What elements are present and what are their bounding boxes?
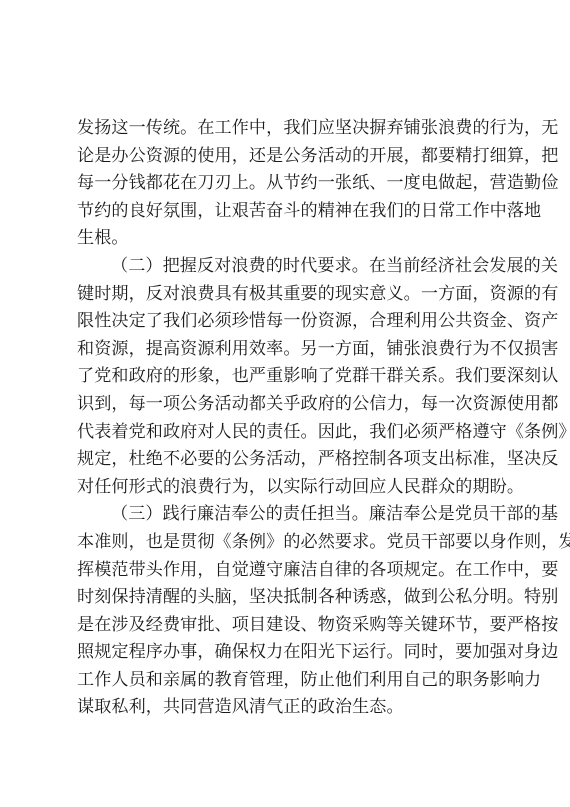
text-line: 识到，每一项公务活动都关乎政府的公信力，每一次资源使用都 [77,391,489,419]
text-line: 了党和政府的形象，也严重影响了党群干群关系。我们要深刻认 [77,363,489,391]
text-line: 和资源，提高资源利用效率。另一方面，铺张浪费行为不仅损害 [77,336,489,364]
text-line: 键时期，反对浪费具有极其重要的现实意义。一方面，资源的有 [77,281,489,309]
text-line: 限性决定了我们必须珍惜每一份资源，合理利用公共资金、资产 [77,308,489,336]
text-line: 节约的良好氛围，让艰苦奋斗的精神在我们的日常工作中落地 [77,198,489,226]
text-line: 本准则，也是贯彻《条例》的必然要求。党员干部要以身作则，发 [77,529,489,557]
text-line: 时刻保持清醒的头脑，坚决抵制各种诱惑，做到公私分明。特别 [77,584,489,612]
text-line: 是在涉及经费审批、项目建设、物资采购等关键环节，要严格按 [77,612,489,640]
text-line: 论是办公资源的使用，还是公务活动的开展，都要精打细算，把 [77,143,489,171]
text-line: 谋取私利，共同营造风清气正的政治生态。 [77,694,489,722]
text-line: 每一分钱都花在刀刃上。从节约一张纸、一度电做起，营造勤俭 [77,170,489,198]
section-heading-line: （三）践行廉洁奉公的责任担当。廉洁奉公是党员干部的基 [77,501,489,529]
text-line: 对任何形式的浪费行为，以实际行动回应人民群众的期盼。 [77,474,489,502]
text-line: 生根。 [77,225,489,253]
text-line: 照规定程序办事，确保权力在阳光下运行。同时，要加强对身边 [77,639,489,667]
section-heading-line: （二）把握反对浪费的时代要求。在当前经济社会发展的关 [77,253,489,281]
text-line: 规定，杜绝不必要的公务活动，严格控制各项支出标准，坚决反 [77,446,489,474]
text-line: 发扬这一传统。在工作中，我们应坚决摒弃铺张浪费的行为，无 [77,115,489,143]
text-line: 代表着党和政府对人民的责任。因此，我们必须严格遵守《条例》 [77,419,489,447]
text-line: 挥模范带头作用，自觉遵守廉洁自律的各项规定。在工作中，要 [77,557,489,585]
document-body: 发扬这一传统。在工作中，我们应坚决摒弃铺张浪费的行为，无 论是办公资源的使用，还… [77,115,489,722]
text-line: 工作人员和亲属的教育管理，防止他们利用自己的职务影响力 [77,667,489,695]
